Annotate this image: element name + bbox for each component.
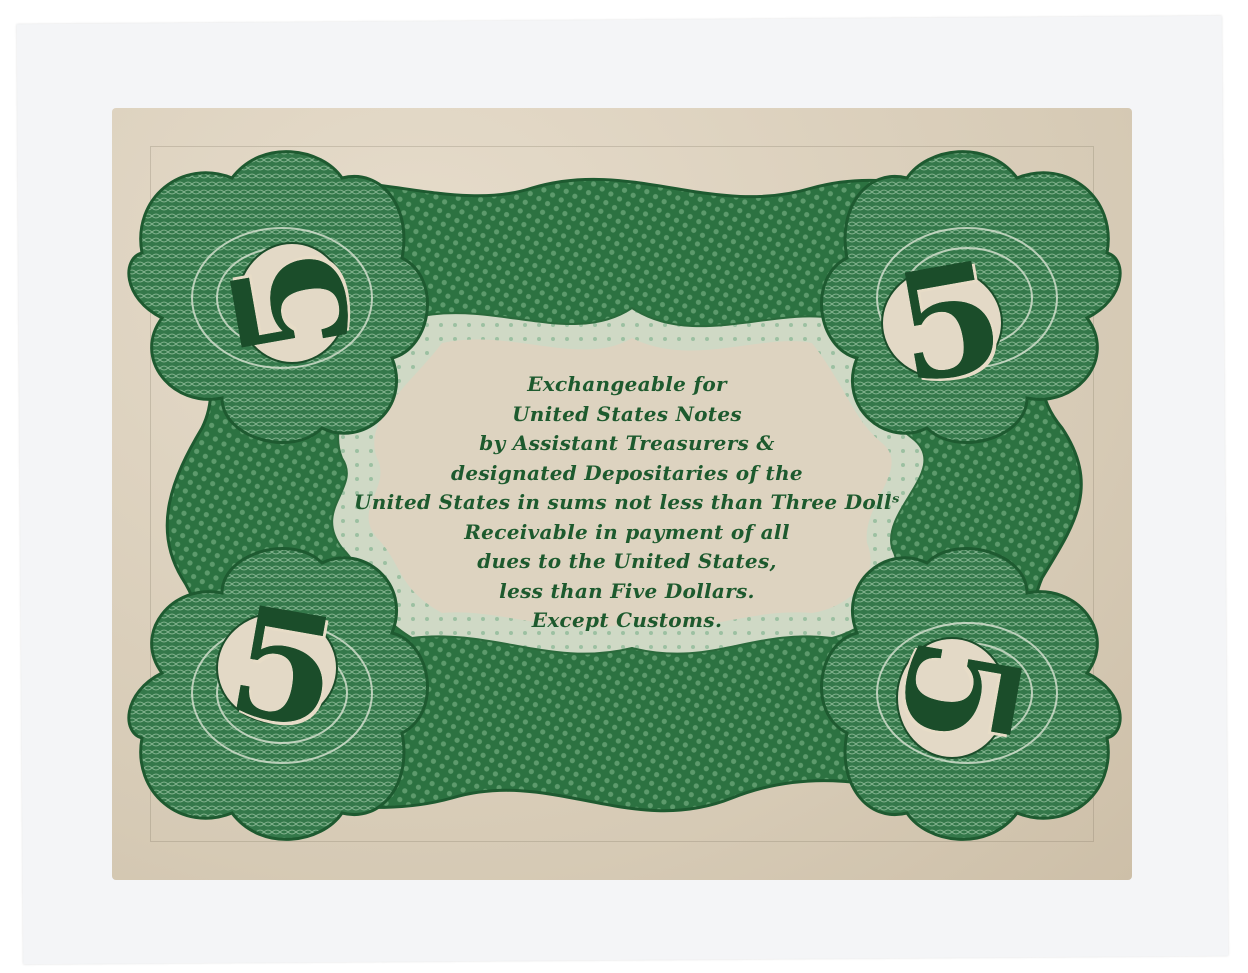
banknote: 5 5 5 5 Exchangeable for United States N… <box>112 108 1132 880</box>
inscription-line: Exchangeable for <box>282 370 972 400</box>
inscription-line: Except Customs. <box>282 606 972 636</box>
inscription-line: designated Depositaries of the <box>282 459 972 489</box>
inscription-line: less than Five Dollars. <box>282 577 972 607</box>
inscription-line: United States Notes <box>282 400 972 430</box>
inscription-line: Receivable in payment of all <box>282 518 972 548</box>
inscription: Exchangeable for United States Notes by … <box>282 370 972 620</box>
inscription-line: dues to the United States, <box>282 547 972 577</box>
inscription-line: by Assistant Treasurers & <box>282 429 972 459</box>
inscription-line: United States in sums not less than Thre… <box>282 488 972 518</box>
